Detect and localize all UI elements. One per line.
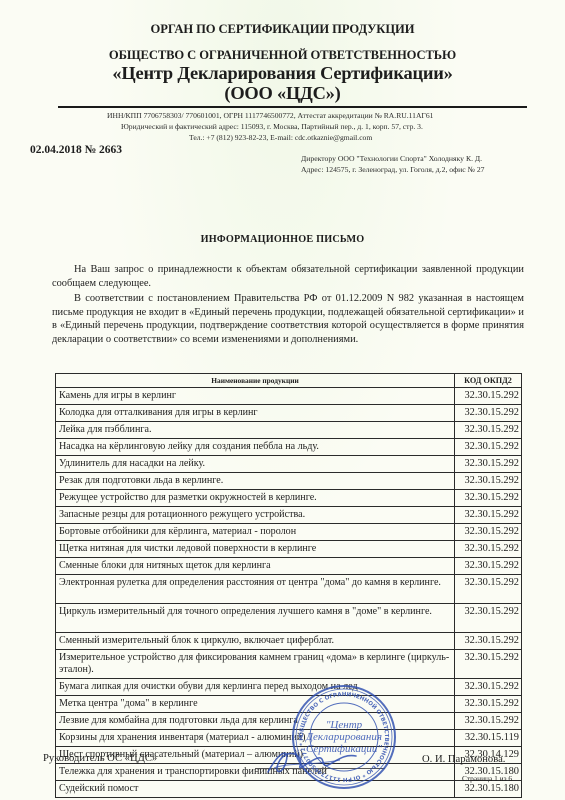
legal-address: Юридический и фактический адрес: 115093,… <box>121 122 423 132</box>
table-row: Камень для игры в керлинг32.30.15.292 <box>56 388 522 405</box>
document-date-number: 02.04.2018 № 2663 <box>30 144 122 156</box>
product-name: Сменный измерительный блок к циркулю, вк… <box>56 633 455 650</box>
okpd2-code: 32.30.15.292 <box>455 388 522 405</box>
product-name: Щетка нитяная для чистки ледовой поверхн… <box>56 541 455 558</box>
table-row: Сменный измерительный блок к циркулю, вк… <box>56 633 522 650</box>
product-name: Колодка для отталкивания для игры в керл… <box>56 405 455 422</box>
okpd2-code: 32.30.15.119 <box>455 730 522 747</box>
company-stamp-icon: ОБЩЕСТВО С ОГРАНИЧЕННОЙ ОТВЕТСТВЕННОСТЬЮ… <box>291 684 397 790</box>
okpd2-code: 32.30.15.292 <box>455 650 522 679</box>
header-product-name: Наименование продукции <box>56 374 455 388</box>
okpd2-code: 32.30.15.292 <box>455 405 522 422</box>
table-row: Бортовые отбойники для кёрлинга, материа… <box>56 524 522 541</box>
letterhead-org-name: «Центр Декларирования Сертификации» <box>0 63 565 84</box>
addressee-line-1: Директору ООО "Технологии Спорта" Холодн… <box>301 154 485 165</box>
addressee: Директору ООО "Технологии Спорта" Холодн… <box>301 154 485 175</box>
product-name: Электронная рулетка для определения расс… <box>56 575 455 604</box>
table-row: Лезвие для комбайна для подготовки льда … <box>56 713 522 730</box>
okpd2-code: 32.30.15.292 <box>455 713 522 730</box>
svg-text:"Центр: "Центр <box>326 719 363 731</box>
table-row: Судейский помост32.30.15.180 <box>56 781 522 798</box>
okpd2-code: 32.30.15.292 <box>455 679 522 696</box>
okpd2-code: 32.30.15.292 <box>455 490 522 507</box>
table-header-row: Наименование продукции КОД ОКПД2 <box>56 374 522 388</box>
product-name: Камень для игры в керлинг <box>56 388 455 405</box>
paragraph-1: На Ваш запрос о принадлежности к объекта… <box>52 263 524 290</box>
product-name: Режущее устройство для разметки окружнос… <box>56 490 455 507</box>
okpd2-code: 32.30.15.292 <box>455 439 522 456</box>
table-row: Сменные блоки для нитяных щеток для керл… <box>56 558 522 575</box>
table-row: Щетка нитяная для чистки ледовой поверхн… <box>56 541 522 558</box>
table-row: Электронная рулетка для определения расс… <box>56 575 522 604</box>
contacts: Тел.: +7 (812) 923-82-23, E-mail: cdc.ot… <box>189 133 372 143</box>
paragraph-2: В соответствии с постановлением Правител… <box>52 292 524 346</box>
okpd2-code: 32.30.15.292 <box>455 473 522 490</box>
products-table: Наименование продукции КОД ОКПД2 Камень … <box>55 373 522 798</box>
okpd2-code: 32.30.15.292 <box>455 633 522 650</box>
okpd2-code: 32.30.15.180 <box>455 781 522 798</box>
okpd2-code: 32.30.15.292 <box>455 507 522 524</box>
product-name: Измерительное устройство для фиксировани… <box>56 650 455 679</box>
letterhead-line-2: ОБЩЕСТВО С ОГРАНИЧЕННОЙ ОТВЕТСТВЕННОСТЬЮ <box>0 48 565 63</box>
table-row: Лейка для пэбблинга.32.30.15.292 <box>56 422 522 439</box>
table-row: Колодка для отталкивания для игры в керл… <box>56 405 522 422</box>
signatory-role: Руководитель ОС «ЦДС» <box>43 753 157 764</box>
table-row: Запасные резцы для ротационного режущего… <box>56 507 522 524</box>
product-name: Циркуль измерительный для точного опреде… <box>56 604 455 633</box>
product-name: Удлинитель для насадки на лейку. <box>56 456 455 473</box>
svg-text:Сертификации": Сертификации" <box>306 743 382 755</box>
document-title: ИНФОРМАЦИОННОЕ ПИСЬМО <box>0 234 565 245</box>
table-row: Измерительное устройство для фиксировани… <box>56 650 522 679</box>
addressee-line-2: Адрес: 124575, г. Зеленоград, ул. Гоголя… <box>301 165 485 176</box>
okpd2-code: 32.30.15.292 <box>455 422 522 439</box>
header-okpd2-code: КОД ОКПД2 <box>455 374 522 388</box>
product-name: Насадка на кёрлинговую лейку для создани… <box>56 439 455 456</box>
table-row: Насадка на кёрлинговую лейку для создани… <box>56 439 522 456</box>
okpd2-code: 32.30.15.292 <box>455 575 522 604</box>
okpd2-code: 32.30.15.292 <box>455 456 522 473</box>
page-number: Страница 1 из 6 <box>462 774 512 783</box>
letterhead-line-1: ОРГАН ПО СЕРТИФИКАЦИИ ПРОДУКЦИИ <box>0 22 565 37</box>
okpd2-code: 32.30.15.292 <box>455 541 522 558</box>
table-row: Режущее устройство для разметки окружнос… <box>56 490 522 507</box>
product-name: Бортовые отбойники для кёрлинга, материа… <box>56 524 455 541</box>
okpd2-code: 32.30.15.292 <box>455 696 522 713</box>
table-row: Резак для подготовки льда в керлинге.32.… <box>56 473 522 490</box>
product-name: Сменные блоки для нитяных щеток для керл… <box>56 558 455 575</box>
signatory-name: О. И. Парамонова. <box>422 754 505 765</box>
paragraph-1-text: На Ваш запрос о принадлежности к объекта… <box>52 264 524 289</box>
okpd2-code: 32.30.15.292 <box>455 524 522 541</box>
product-name: Резак для подготовки льда в керлинге. <box>56 473 455 490</box>
letterhead-org-short: (ООО «ЦДС») <box>0 83 565 104</box>
table-row: Циркуль измерительный для точного опреде… <box>56 604 522 633</box>
okpd2-code: 32.30.15.292 <box>455 604 522 633</box>
product-name: Запасные резцы для ротационного режущего… <box>56 507 455 524</box>
requisites: ИНН/КПП 7706758303/ 770601001, ОГРН 1117… <box>107 111 433 121</box>
svg-text:Декларирования: Декларирования <box>305 731 382 743</box>
table-row: Метка центра "дома" в керлинге32.30.15.2… <box>56 696 522 713</box>
okpd2-code: 32.30.15.292 <box>455 558 522 575</box>
paragraph-2-text: В соответствии с постановлением Правител… <box>52 293 524 345</box>
letterhead-divider <box>58 106 527 108</box>
product-name: Лейка для пэбблинга. <box>56 422 455 439</box>
table-row: Бумага липкая для очистки обуви для керл… <box>56 679 522 696</box>
table-row: Удлинитель для насадки на лейку.32.30.15… <box>56 456 522 473</box>
